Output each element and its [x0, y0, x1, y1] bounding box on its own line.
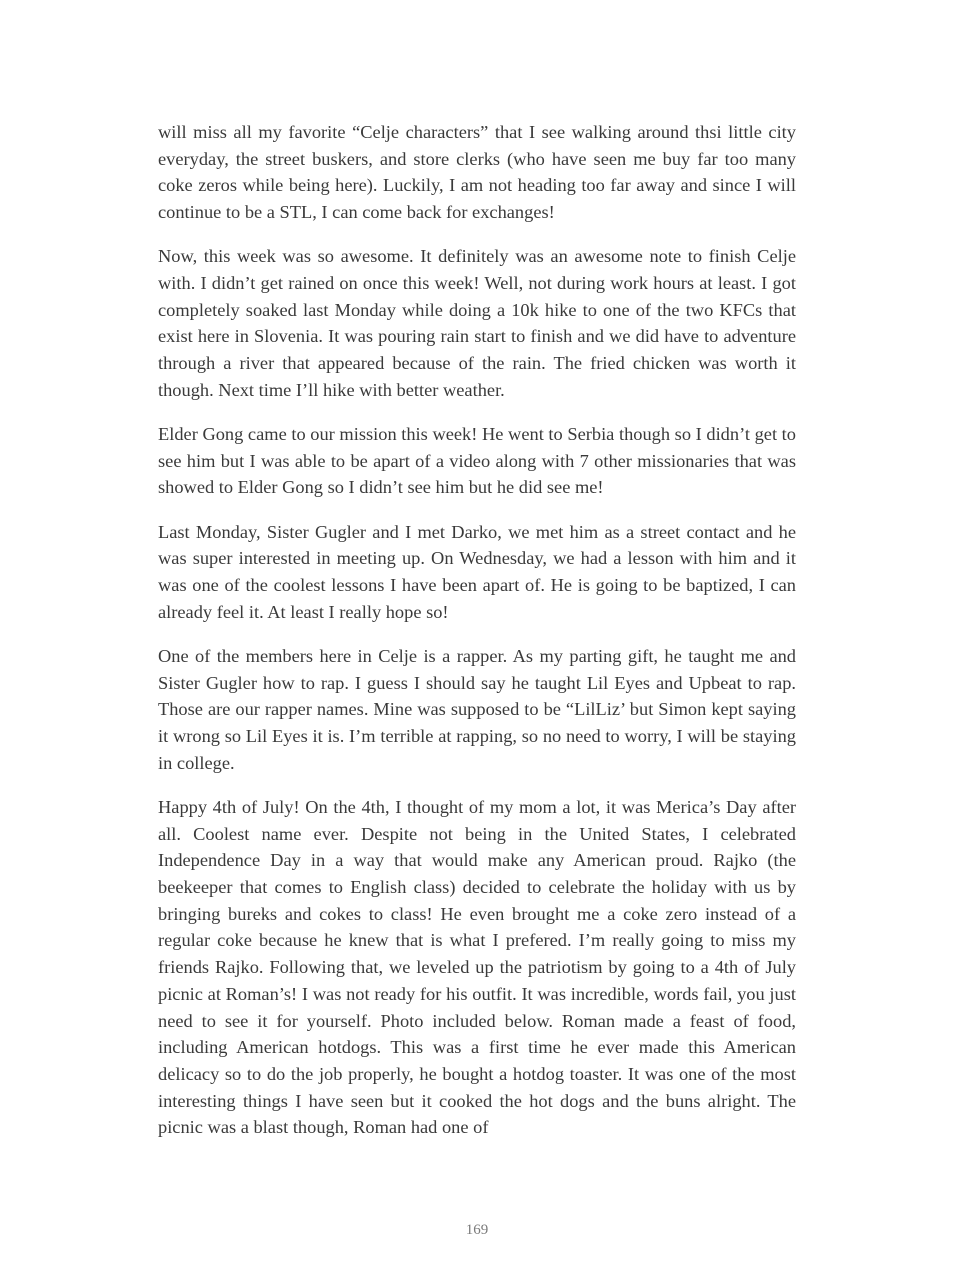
- paragraph-darko: Last Monday, Sister Gugler and I met Dar…: [158, 519, 796, 626]
- page-number: 169: [0, 1222, 954, 1239]
- body-text: will miss all my favorite “Celje charact…: [158, 119, 796, 1159]
- document-page: will miss all my favorite “Celje charact…: [0, 0, 954, 1276]
- paragraph-elder-gong: Elder Gong came to our mission this week…: [158, 421, 796, 501]
- paragraph-awesome-week: Now, this week was so awesome. It defini…: [158, 243, 796, 403]
- paragraph-fourth-of-july: Happy 4th of July! On the 4th, I thought…: [158, 794, 796, 1141]
- paragraph-rapper: One of the members here in Celje is a ra…: [158, 643, 796, 777]
- paragraph-celje-characters: will miss all my favorite “Celje charact…: [158, 119, 796, 226]
